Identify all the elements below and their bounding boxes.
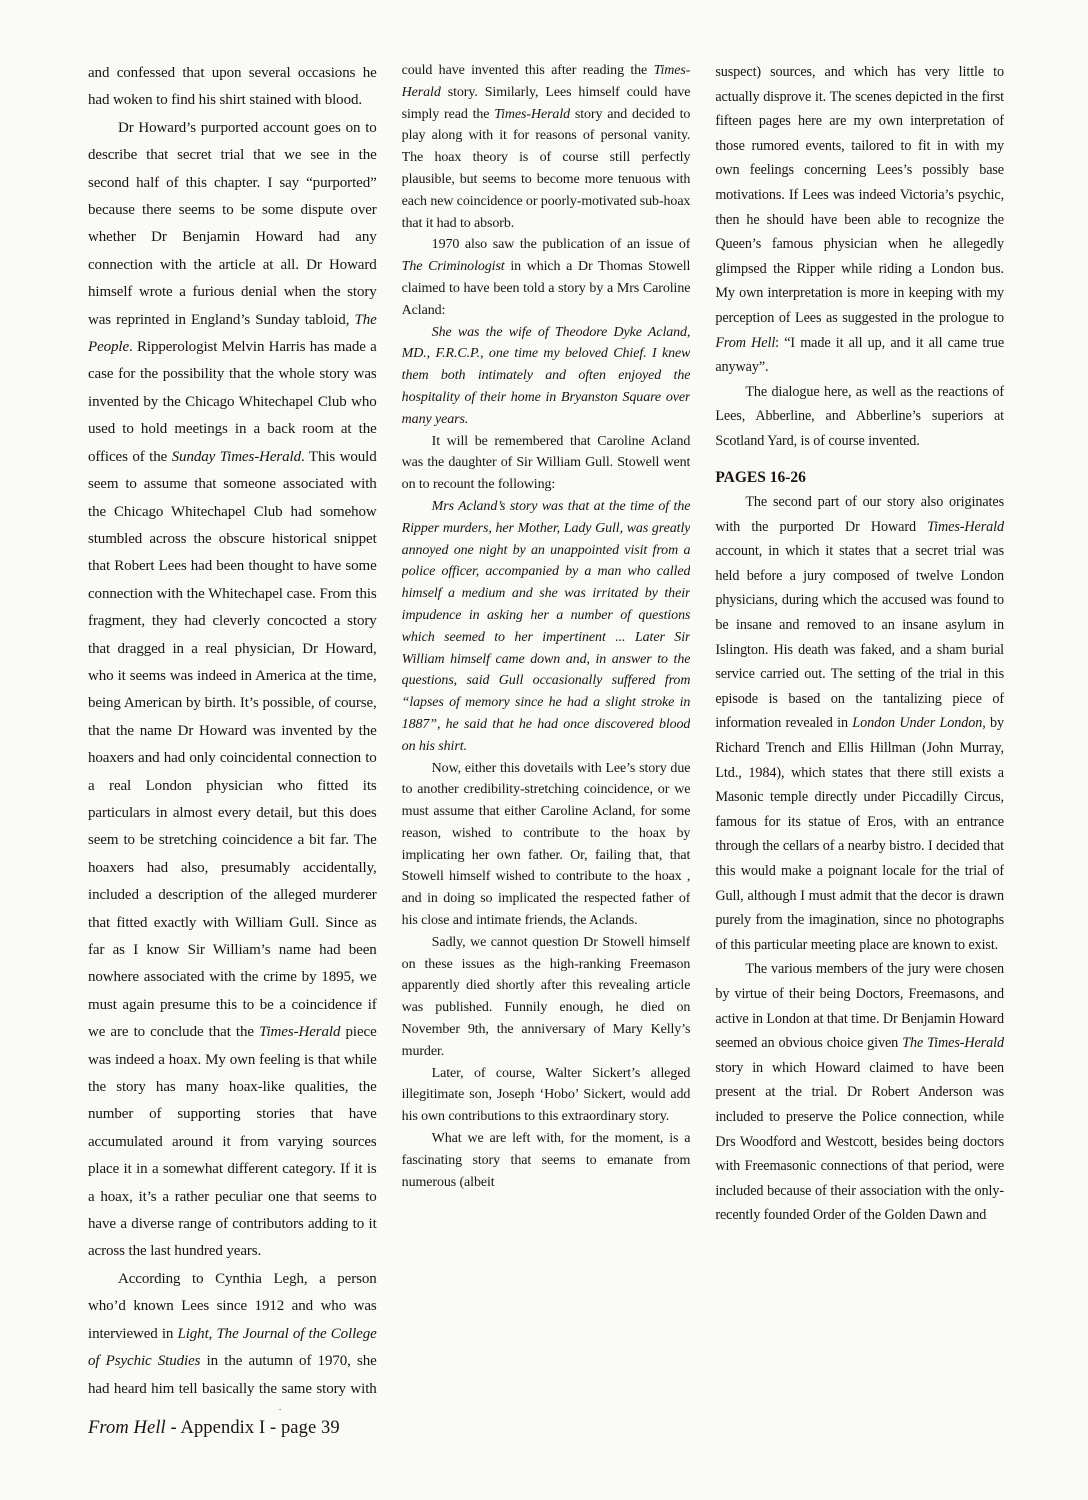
text-run: It will be remembered that Caroline Acla… (402, 434, 691, 493)
text-run: could have invented this after reading t… (402, 63, 654, 78)
paragraph: What we are left with, for the moment, i… (402, 1128, 691, 1193)
text-run: story and decided to play along with it … (402, 107, 691, 231)
paragraph: The various members of the jury were cho… (715, 957, 1004, 1228)
paragraph: Sadly, we cannot question Dr Stowell him… (402, 932, 691, 1063)
text-run: account, in which it states that a secre… (715, 543, 1004, 731)
page-footer: From Hell - Appendix I - page 39 (88, 1418, 340, 1439)
italic-text-run: She was the wife of Theodore Dyke Acland… (402, 325, 691, 427)
italic-text-run: Mrs Acland’s story was that at the time … (402, 499, 691, 754)
section-heading: PAGES 16-26 (715, 466, 1004, 491)
italic-text-run: London Under London (852, 715, 982, 731)
text-run: . Ripperologist Melvin Harris has made a… (88, 339, 377, 465)
column-right: suspect) sources, and which has very lit… (715, 60, 1004, 1410)
paragraph: Later, of course, Walter Sickert’s alleg… (402, 1063, 691, 1128)
text-run: Now, either this dovetails with Lee’s st… (402, 761, 691, 929)
text-run: , by Richard Trench and Ellis Hillman (J… (715, 715, 1004, 952)
text-run: story in which Howard claimed to have be… (715, 1060, 1004, 1224)
paragraph: The second part of our story also origin… (715, 490, 1004, 957)
column-center: could have invented this after reading t… (402, 60, 691, 1410)
quoted-passage: Mrs Acland’s story was that at the time … (402, 496, 691, 758)
paragraph: According to Cynthia Legh, a person who’… (88, 1266, 377, 1410)
italic-text-run: From Hell (715, 335, 775, 351)
italic-text-run: The Criminologist (402, 259, 505, 274)
text-run: Later, of course, Walter Sickert’s alleg… (402, 1066, 691, 1125)
text-run: Sadly, we cannot question Dr Stowell him… (402, 935, 691, 1059)
text-run: The dialogue here, as well as the reacti… (715, 384, 1004, 449)
quoted-passage: She was the wife of Theodore Dyke Acland… (402, 322, 691, 431)
paragraph: It will be remembered that Caroline Acla… (402, 431, 691, 496)
italic-text-run: Times-Herald (927, 519, 1004, 535)
italic-text-run: Sunday Times-Herald (172, 449, 301, 465)
text-run: What we are left with, for the moment, i… (402, 1131, 691, 1190)
text-run: 1970 also saw the publication of an issu… (432, 237, 691, 252)
text-run: . This would seem to assume that someone… (88, 449, 377, 1041)
paragraph: Dr Howard’s purported account goes on to… (88, 115, 377, 1266)
paragraph: could have invented this after reading t… (402, 60, 691, 234)
text-run: piece was indeed a hoax. My own feeling … (88, 1024, 377, 1259)
paragraph: Now, either this dovetails with Lee’s st… (402, 758, 691, 932)
italic-text-run: Times-Herald (259, 1024, 340, 1040)
paragraph: 1970 also saw the publication of an issu… (402, 234, 691, 321)
footer-work-title: From Hell (88, 1418, 166, 1438)
paragraph: and confessed that upon several occasion… (88, 60, 377, 115)
text-run: suspect) sources, and which has very lit… (715, 64, 1004, 326)
text-columns: and confessed that upon several occasion… (88, 60, 1004, 1410)
paragraph: The dialogue here, as well as the reacti… (715, 380, 1004, 454)
italic-text-run: Times-Herald (494, 107, 570, 122)
paragraph: suspect) sources, and which has very lit… (715, 60, 1004, 380)
book-page: and confessed that upon several occasion… (0, 0, 1088, 1500)
column-left: and confessed that upon several occasion… (88, 60, 377, 1410)
text-run: and confessed that upon several occasion… (88, 65, 377, 108)
footer-page-label: - Appendix I - page 39 (166, 1418, 340, 1438)
italic-text-run: The Times-Herald (902, 1035, 1004, 1051)
text-run: Dr Howard’s purported account goes on to… (88, 120, 377, 328)
